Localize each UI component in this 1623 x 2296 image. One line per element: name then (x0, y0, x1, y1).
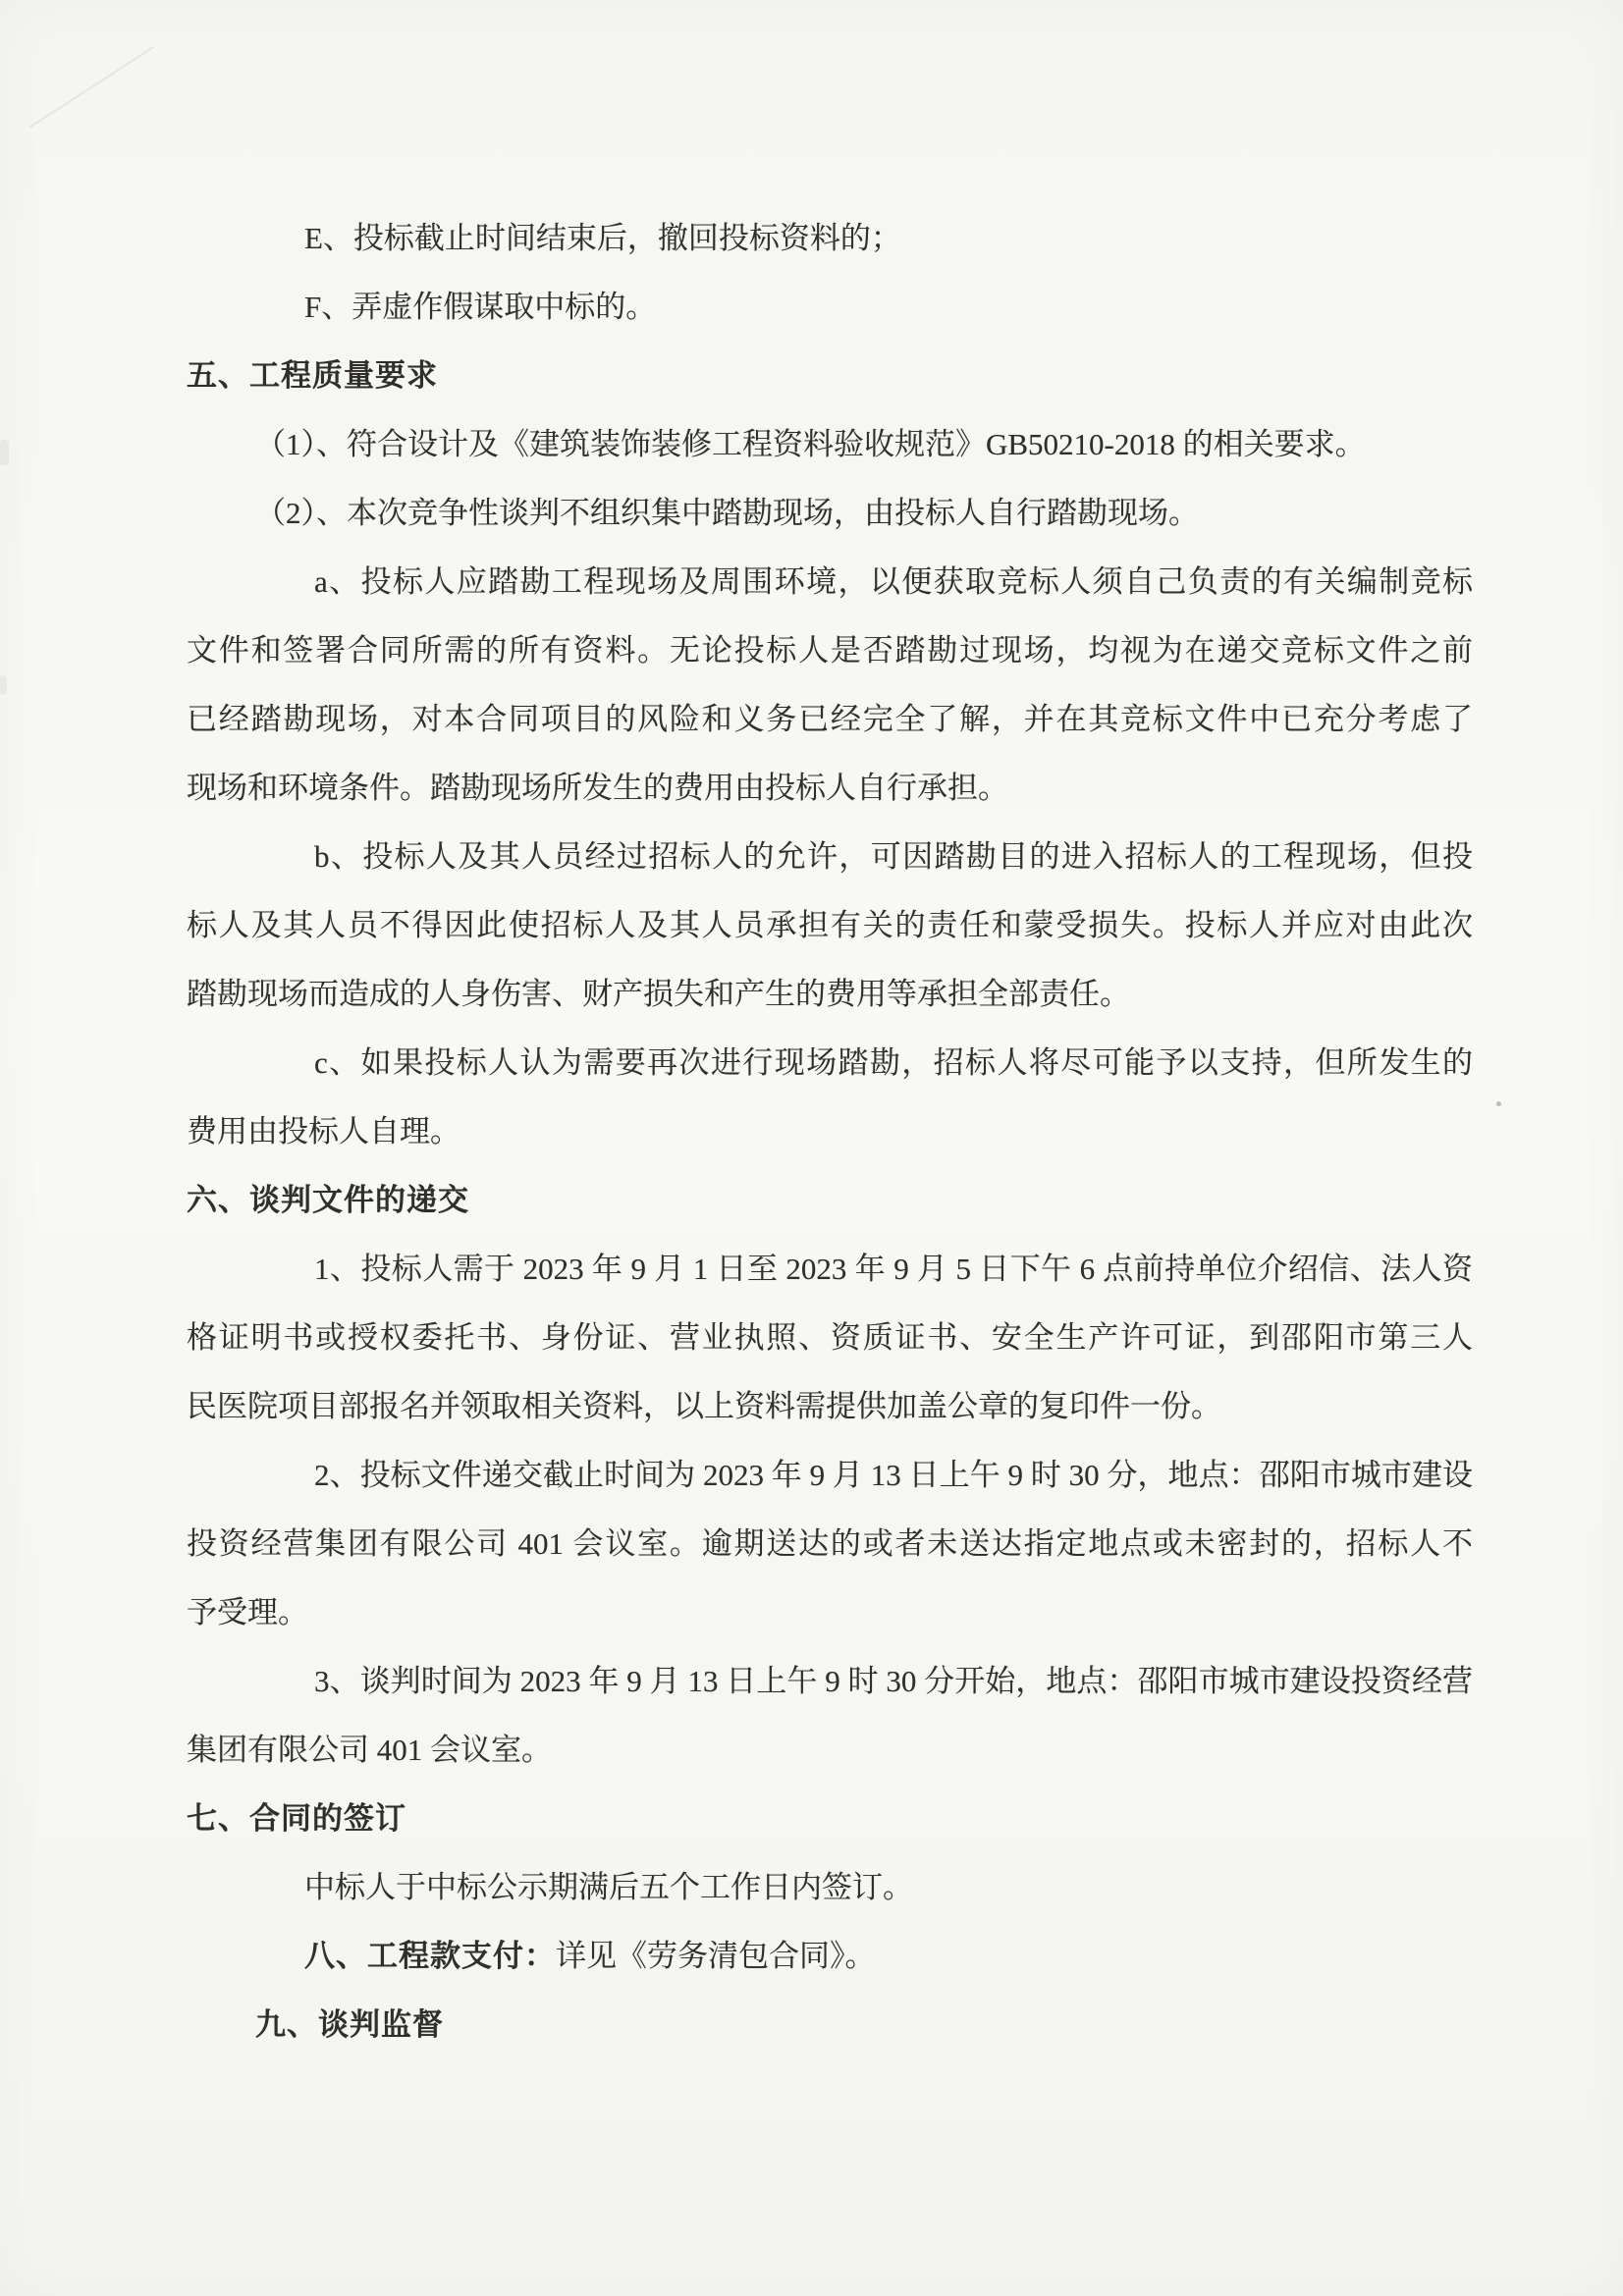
doc-line-quality-1: （1）、符合设计及《建筑装饰装修工程资料验收规范》GB50210-2018 的相… (187, 410, 1473, 479)
scan-speck-artifact (1496, 1101, 1501, 1106)
scan-smudge-artifact (0, 440, 9, 465)
text-segment: 现场和环境条件。踏勘现场所发生的费用由投标人自行承担。 (187, 771, 1008, 805)
doc-line-site-a-3: 已经踏勘现场，对本合同项目的风险和义务已经完全了解，并在其竞标文件中已充分考虑了 (187, 685, 1473, 754)
doc-line-site-c-1: c、如果投标人认为需要再次进行现场踏勘，招标人将尽可能予以支持，但所发生的 (187, 1029, 1473, 1097)
text-segment: 费用由投标人自理。 (187, 1114, 460, 1148)
text-segment: c、如果投标人认为需要再次进行现场踏勘，招标人将尽可能予以支持，但所发生的 (314, 1045, 1473, 1080)
text-segment: 集团有限公司 401 会议室。 (187, 1733, 552, 1767)
text-segment: 详见《劳务清包合同》。 (556, 1939, 876, 1973)
doc-line-submission-3a: 3、谈判时间为 2023 年 9 月 13 日上午 9 时 30 分开始，地点：… (187, 1647, 1473, 1716)
doc-line-submission-1b: 格证明书或授权委托书、身份证、营业执照、资质证书、安全生产许可证，到邵阳市第三人 (187, 1304, 1473, 1372)
doc-line-heading-supervision: 九、谈判监督 (187, 1991, 1473, 2059)
text-segment: 投资经营集团有限公司 401 会议室。逾期送达的或者未送达指定地点或未密封的，招… (187, 1526, 1473, 1561)
scan-crease-artifact (29, 46, 154, 128)
text-segment: （1）、符合设计及《建筑装饰装修工程资料验收规范》GB50210-2018 的相… (255, 427, 1366, 461)
text-segment: a、投标人应踏勘工程现场及周围环境，以便获取竞标人须自己负责的有关编制竞标 (314, 564, 1473, 599)
text-segment: 标人及其人员不得因此使招标人及其人员承担有关的责任和蒙受损失。投标人并应对由此次 (187, 908, 1473, 942)
text-segment: 中标人于中标公示期满后五个工作日内签订。 (304, 1870, 913, 1904)
text-segment: 1、投标人需于 2023 年 9 月 1 日至 2023 年 9 月 5 日下午… (314, 1252, 1473, 1286)
doc-line-submission-2b: 投资经营集团有限公司 401 会议室。逾期送达的或者未送达指定地点或未密封的，招… (187, 1510, 1473, 1578)
bold-text-segment: 八、工程款支付： (304, 1939, 556, 1973)
bold-text-segment: 五、工程质量要求 (187, 358, 438, 393)
text-segment: 踏勘现场而造成的人身伤害、财产损失和产生的费用等承担全部责任。 (187, 977, 1130, 1011)
text-segment: 民医院项目部报名并领取相关资料，以上资料需提供加盖公章的复印件一份。 (187, 1389, 1221, 1423)
doc-line-site-a-4: 现场和环境条件。踏勘现场所发生的费用由投标人自行承担。 (187, 754, 1473, 823)
doc-line-submission-1a: 1、投标人需于 2023 年 9 月 1 日至 2023 年 9 月 5 日下午… (187, 1235, 1473, 1304)
bold-text-segment: 九、谈判监督 (255, 2007, 444, 2042)
doc-line-item-F: F、弄虚作假谋取中标的。 (187, 273, 1473, 342)
bold-text-segment: 七、合同的签订 (187, 1801, 406, 1836)
doc-line-item-E: E、投标截止时间结束后，撤回投标资料的； (187, 204, 1473, 273)
bold-text-segment: 六、谈判文件的递交 (187, 1183, 469, 1217)
doc-line-contract-body: 中标人于中标公示期满后五个工作日内签订。 (187, 1853, 1473, 1922)
doc-line-site-a-1: a、投标人应踏勘工程现场及周围环境，以便获取竞标人须自己负责的有关编制竞标 (187, 548, 1473, 616)
text-segment: （2）、本次竞争性谈判不组织集中踏勘现场，由投标人自行踏勘现场。 (255, 496, 1199, 530)
text-segment: 已经踏勘现场，对本合同项目的风险和义务已经完全了解，并在其竞标文件中已充分考虑了 (187, 702, 1473, 736)
doc-line-heading-submission: 六、谈判文件的递交 (187, 1166, 1473, 1235)
text-segment: 格证明书或授权委托书、身份证、营业执照、资质证书、安全生产许可证，到邵阳市第三人 (187, 1320, 1473, 1355)
document-text-block: E、投标截止时间结束后，撤回投标资料的；F、弄虚作假谋取中标的。五、工程质量要求… (187, 204, 1473, 2059)
text-segment: 予受理。 (187, 1595, 308, 1629)
doc-line-payment: 八、工程款支付：详见《劳务清包合同》。 (187, 1922, 1473, 1991)
doc-line-site-b-1: b、投标人及其人员经过招标人的允许，可因踏勘目的进入招标人的工程现场，但投 (187, 823, 1473, 891)
doc-line-heading-contract: 七、合同的签订 (187, 1785, 1473, 1853)
doc-line-submission-2c: 予受理。 (187, 1578, 1473, 1647)
doc-line-submission-1c: 民医院项目部报名并领取相关资料，以上资料需提供加盖公章的复印件一份。 (187, 1372, 1473, 1441)
doc-line-submission-2a: 2、投标文件递交截止时间为 2023 年 9 月 13 日上午 9 时 30 分… (187, 1441, 1473, 1510)
doc-line-site-b-3: 踏勘现场而造成的人身伤害、财产损失和产生的费用等承担全部责任。 (187, 960, 1473, 1029)
scan-smudge-artifact (0, 675, 7, 695)
text-segment: E、投标截止时间结束后，撤回投标资料的； (304, 221, 901, 255)
text-segment: 3、谈判时间为 2023 年 9 月 13 日上午 9 时 30 分开始，地点：… (314, 1664, 1473, 1698)
doc-line-site-b-2: 标人及其人员不得因此使招标人及其人员承担有关的责任和蒙受损失。投标人并应对由此次 (187, 891, 1473, 960)
doc-line-site-c-2: 费用由投标人自理。 (187, 1097, 1473, 1166)
doc-line-heading-quality: 五、工程质量要求 (187, 342, 1473, 410)
doc-line-submission-3b: 集团有限公司 401 会议室。 (187, 1716, 1473, 1785)
text-segment: b、投标人及其人员经过招标人的允许，可因踏勘目的进入招标人的工程现场，但投 (314, 839, 1473, 874)
text-segment: F、弄虚作假谋取中标的。 (304, 290, 656, 324)
text-segment: 2、投标文件递交截止时间为 2023 年 9 月 13 日上午 9 时 30 分… (314, 1458, 1473, 1492)
doc-line-site-a-2: 文件和签署合同所需的所有资料。无论投标人是否踏勘过现场，均视为在递交竞标文件之前 (187, 616, 1473, 685)
doc-line-quality-2: （2）、本次竞争性谈判不组织集中踏勘现场，由投标人自行踏勘现场。 (187, 479, 1473, 548)
scanned-document-page: E、投标截止时间结束后，撤回投标资料的；F、弄虚作假谋取中标的。五、工程质量要求… (0, 0, 1623, 2296)
text-segment: 文件和签署合同所需的所有资料。无论投标人是否踏勘过现场，均视为在递交竞标文件之前 (187, 633, 1473, 667)
